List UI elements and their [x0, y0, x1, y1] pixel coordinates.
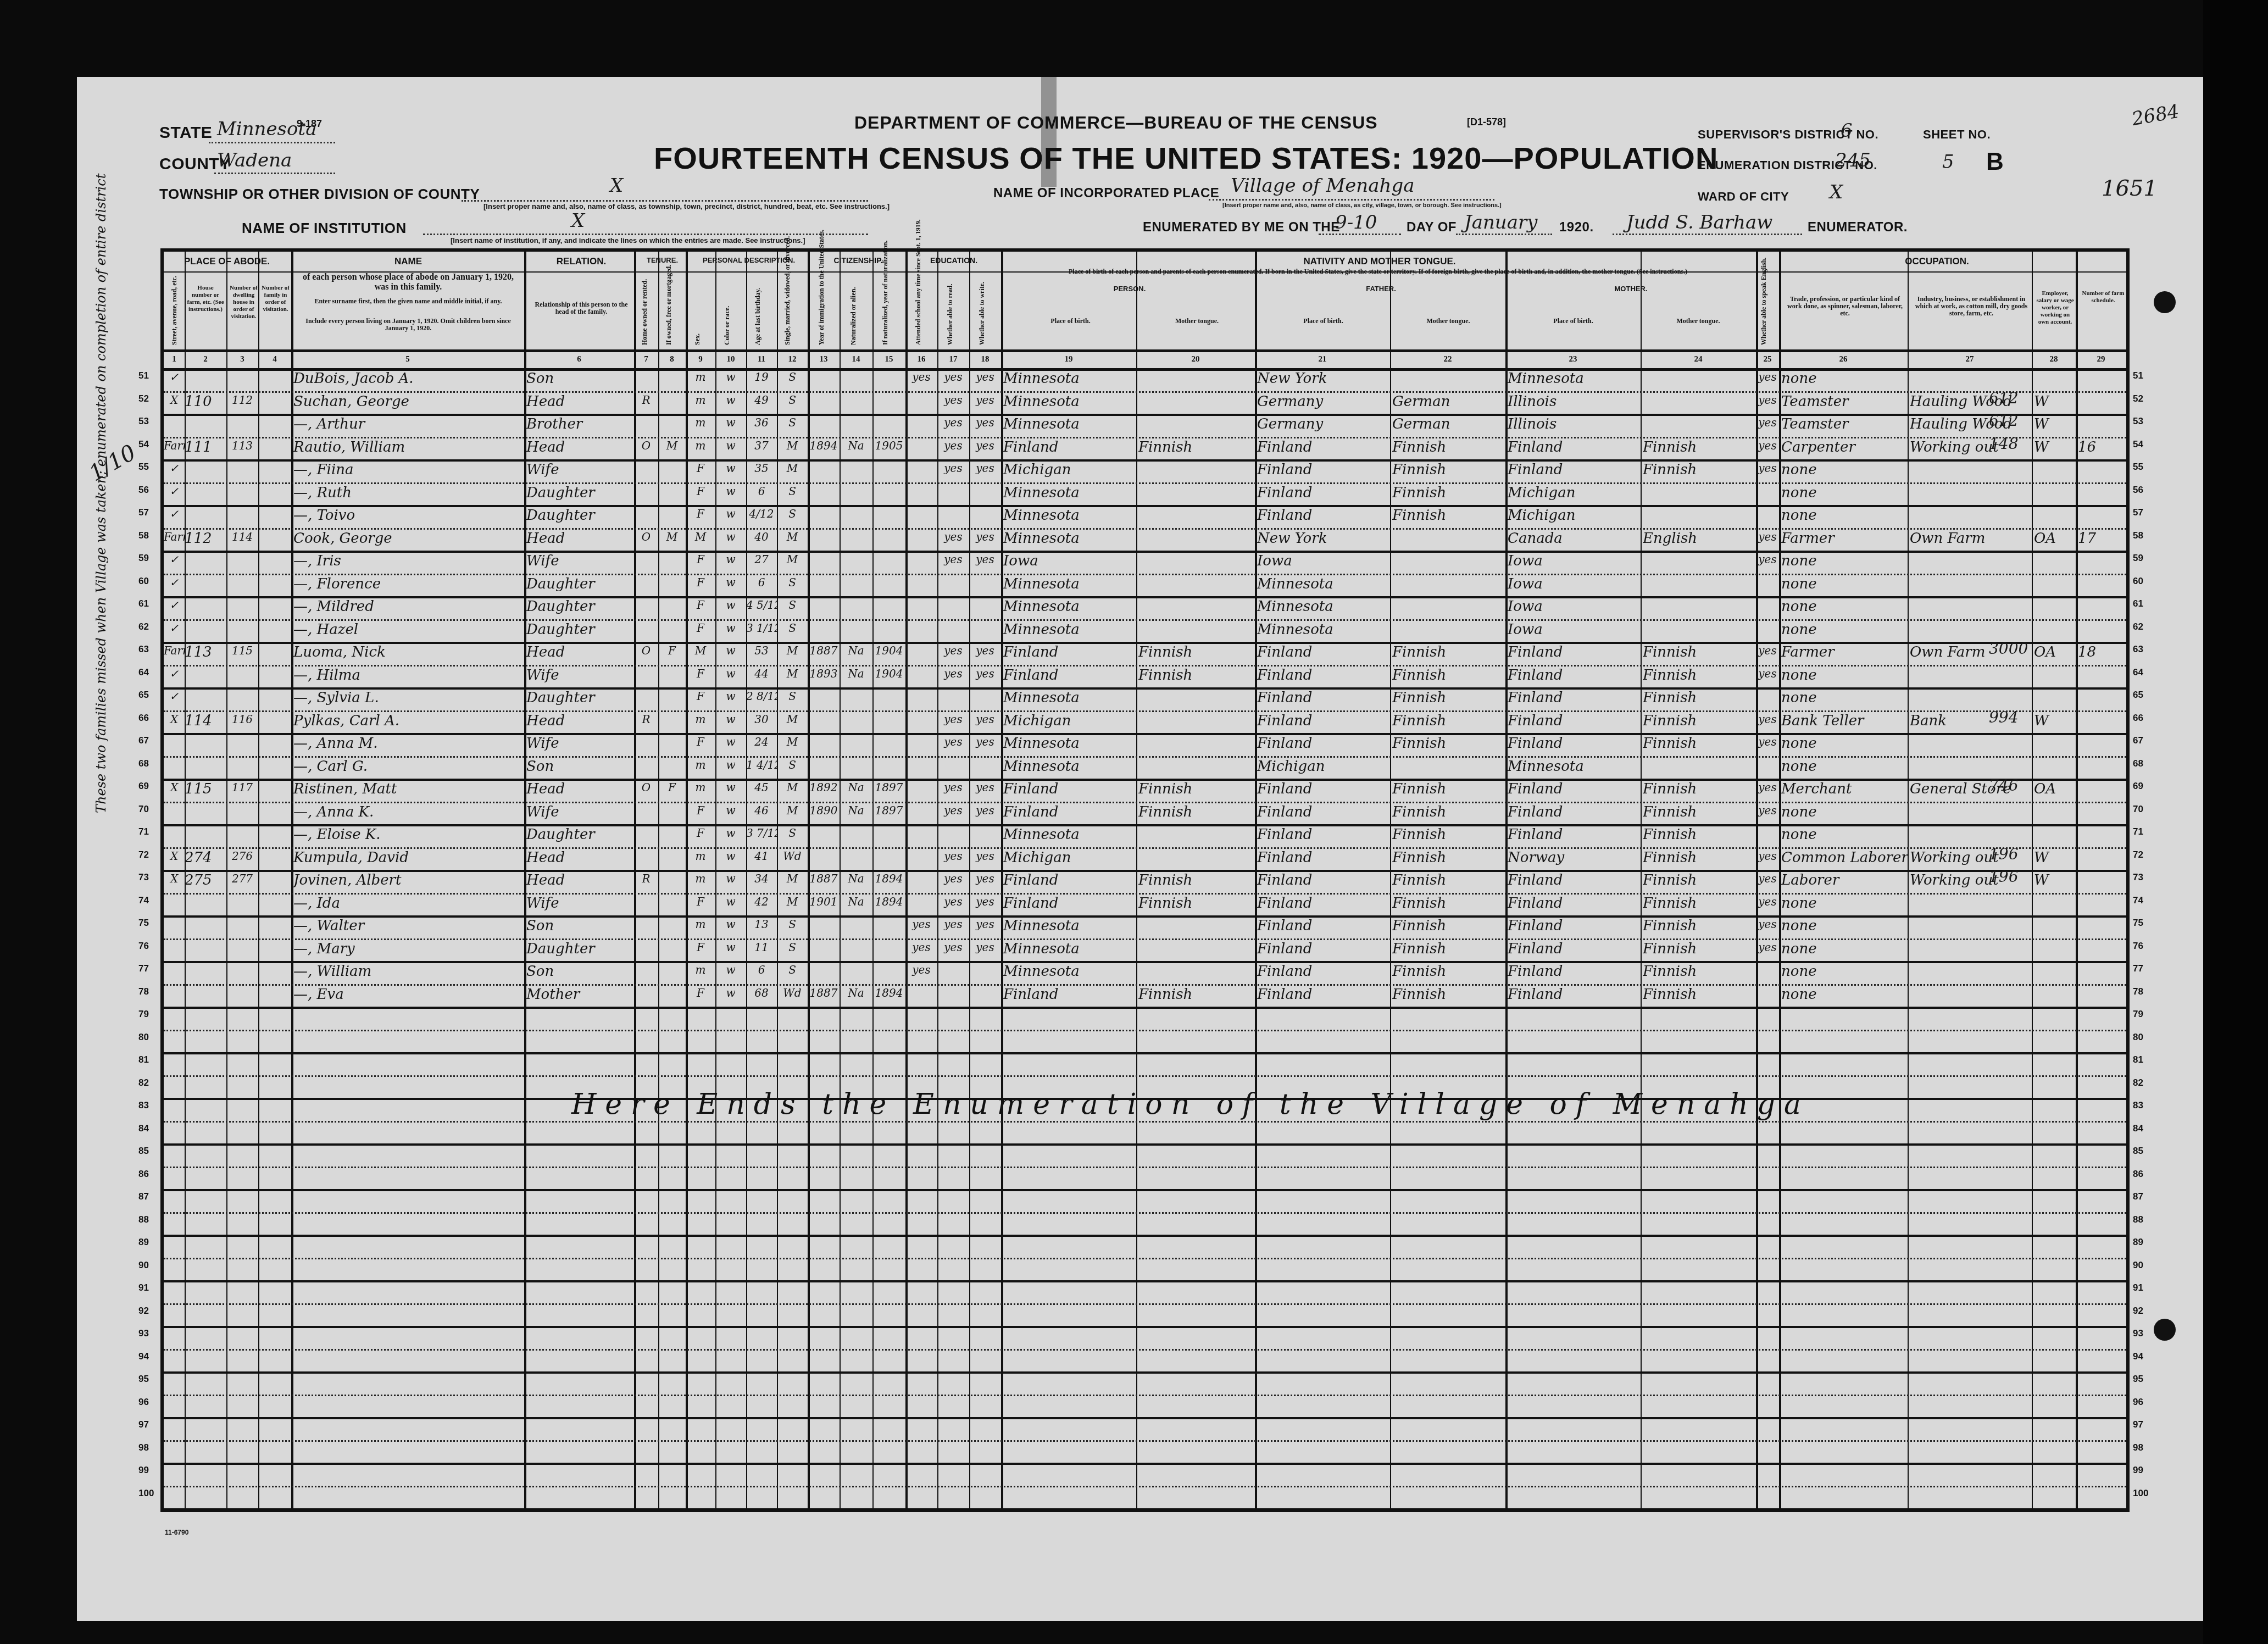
column-number: 2 [185, 355, 226, 364]
cell-trade: none [1781, 576, 1908, 592]
cell-pob: Minnesota [1003, 621, 1136, 638]
cell-nat: Na [840, 644, 872, 657]
cell-sex: F [686, 804, 715, 817]
cell-marital: S [777, 485, 808, 498]
col-divider [1641, 252, 1642, 1509]
cell-name: DuBois, Jacob A. [293, 370, 524, 387]
nativity-person: PERSON. [1003, 285, 1256, 293]
cell-f_tongue: Finnish [1392, 439, 1505, 456]
column-number: 7 [634, 355, 658, 364]
cell-name: Jovinen, Albert [293, 872, 524, 888]
row-divider [164, 1440, 2126, 1442]
line-number-left: 79 [138, 1009, 149, 1020]
cell-name: Kumpula, David [293, 849, 524, 866]
cell-race: w [715, 713, 746, 726]
column-number: 3 [226, 355, 258, 364]
cell-m_tongue: Finnish [1643, 849, 1756, 866]
cell-race: w [715, 781, 746, 794]
cell-name: —, Ida [293, 895, 524, 912]
line-number-right: 88 [2133, 1214, 2143, 1225]
cell-sex: m [686, 439, 715, 452]
cell-f_pob: Finland [1257, 826, 1390, 843]
cell-marital: M [777, 735, 808, 748]
marital-header: Single, married, widowed, or divorced. [783, 279, 792, 345]
cell-sex: m [686, 872, 715, 885]
township-field-line [462, 200, 868, 202]
cell-relation: Head [526, 439, 634, 456]
print-code: 11-6790 [165, 1529, 188, 1536]
column-number: 17 [937, 355, 969, 364]
cell-f_tongue: Finnish [1392, 485, 1505, 501]
cell-sex: F [686, 941, 715, 954]
cell-sex: m [686, 781, 715, 794]
cell-race: w [715, 576, 746, 589]
line-number-right: 86 [2133, 1169, 2143, 1180]
supervisor-district-value: 6 [1841, 120, 1853, 142]
col-divider [258, 252, 259, 1509]
line-number-right: 80 [2133, 1032, 2143, 1043]
section-personal: PERSONAL DESCRIPTION. [688, 256, 809, 264]
line-number-left: 71 [138, 826, 149, 837]
cell-name: —, Mildred [293, 598, 524, 615]
cell-house: 115 [185, 781, 226, 797]
cell-pob: Michigan [1003, 462, 1136, 478]
cell-imm: 1887 [808, 986, 840, 999]
cell-dwelling: 114 [226, 530, 258, 543]
dwelling-number-header: Number of dwelling house in order of vis… [229, 285, 259, 320]
column-number: 11 [746, 355, 777, 364]
row-divider [164, 1143, 2126, 1146]
sheet-number-label: SHEET NO. [1923, 127, 1991, 142]
nativity-father: FATHER. [1256, 285, 1506, 293]
cell-sex: F [686, 598, 715, 612]
cell-f_pob: Finland [1257, 439, 1390, 456]
column-number: 13 [808, 355, 840, 364]
cell-relation: Head [526, 872, 634, 888]
line-number-right: 53 [2133, 416, 2143, 427]
enumerated-day-line [1319, 234, 1401, 235]
cell-street: ✓ [164, 507, 185, 520]
line-number-right: 94 [2133, 1351, 2143, 1362]
cell-relation: Mother [526, 986, 634, 1003]
cell-pob: Minnesota [1003, 826, 1136, 843]
cell-race: w [715, 895, 746, 908]
cell-street: Farm [164, 439, 185, 452]
cell-class: W [2034, 872, 2076, 888]
cell-age: 45 [746, 781, 777, 794]
cell-read: yes [937, 393, 969, 407]
cell-marital: S [777, 393, 808, 407]
col-divider [1136, 252, 1137, 1509]
column-number: 27 [1908, 355, 2032, 364]
cell-pob: Minnesota [1003, 507, 1136, 524]
cell-dwelling: 117 [226, 781, 258, 794]
cell-english: yes [1756, 393, 1779, 407]
cell-f_pob: Finland [1257, 872, 1390, 888]
column-number: 25 [1756, 355, 1779, 364]
cell-marital: S [777, 621, 808, 635]
cell-name: —, Arthur [293, 416, 524, 432]
cell-trade: none [1781, 690, 1908, 706]
cell-house: 111 [185, 439, 226, 456]
col-divider [1390, 252, 1391, 1509]
cell-name: —, Anna K. [293, 804, 524, 820]
cell-name: —, Hilma [293, 667, 524, 684]
cell-tongue: Finnish [1138, 781, 1255, 797]
cell-trade: none [1781, 485, 1908, 501]
cell-pob: Finland [1003, 804, 1136, 820]
col-divider [905, 252, 908, 1509]
margin-value: 612 [1989, 389, 2018, 407]
cell-f_pob: Finland [1257, 644, 1390, 660]
cell-nat: Na [840, 872, 872, 885]
line-number-left: 73 [138, 872, 149, 883]
cell-race: w [715, 393, 746, 407]
cell-street: X [164, 781, 185, 794]
line-number-left: 51 [138, 370, 149, 381]
month-value: January [1464, 212, 1537, 234]
col-divider [1908, 252, 1909, 1509]
row-divider [164, 1280, 2126, 1282]
nativity-description: Place of birth of each person and parent… [1021, 268, 1735, 275]
column-number: 23 [1505, 355, 1641, 364]
enumeration-district-value: 245 [1835, 149, 1871, 171]
line-number-left: 62 [138, 621, 149, 632]
line-number-right: 52 [2133, 393, 2143, 404]
line-number-right: 66 [2133, 713, 2143, 724]
cell-write: yes [969, 781, 1001, 794]
cell-tongue: Finnish [1138, 872, 1255, 888]
cell-m_tongue: Finnish [1643, 667, 1756, 684]
cell-f_pob: Minnesota [1257, 598, 1390, 615]
line-number-left: 61 [138, 598, 149, 609]
cell-pob: Michigan [1003, 713, 1136, 729]
cell-english: yes [1756, 667, 1779, 680]
cell-english: yes [1756, 941, 1779, 954]
row-divider [164, 1189, 2126, 1191]
cell-natyr: 1904 [872, 644, 905, 657]
cell-f_tongue: Finnish [1392, 735, 1505, 752]
line-number-left: 86 [138, 1169, 149, 1180]
row-divider [164, 984, 2126, 986]
cell-age: 53 [746, 644, 777, 657]
cell-m_pob: Finland [1508, 781, 1641, 797]
cell-m_tongue: Finnish [1643, 735, 1756, 752]
township-value: X [610, 175, 623, 197]
cell-f_pob: Finland [1257, 507, 1390, 524]
row-divider [164, 1167, 2126, 1168]
margin-value: 196 [1989, 845, 2018, 863]
enumerated-label: ENUMERATED BY ME ON THE [1143, 220, 1340, 235]
line-number-left: 81 [138, 1054, 149, 1065]
cell-name: —, Eva [293, 986, 524, 1003]
sheet-side: B [1986, 148, 2004, 176]
cell-f_tongue: Finnish [1392, 895, 1505, 912]
cell-m_pob: Finland [1508, 690, 1641, 706]
mother-pob-header: Place of birth. [1506, 318, 1641, 325]
cell-pob: Minnesota [1003, 598, 1136, 615]
cell-pob: Minnesota [1003, 758, 1136, 775]
farm-schedule-header: Number of farm schedule. [2081, 290, 2125, 304]
cell-write: yes [969, 918, 1001, 931]
line-number-left: 64 [138, 667, 149, 678]
cell-f_tongue: Finnish [1392, 644, 1505, 660]
cell-race: w [715, 507, 746, 520]
cell-pob: Minnesota [1003, 576, 1136, 592]
line-number-left: 96 [138, 1397, 149, 1408]
cell-trade: none [1781, 553, 1908, 569]
cell-age: 68 [746, 986, 777, 999]
cell-age: 6 [746, 963, 777, 976]
row-divider [164, 391, 2126, 393]
cell-school: yes [905, 370, 937, 384]
cell-race: w [715, 644, 746, 657]
cell-marital: M [777, 804, 808, 817]
cell-f_pob: Finland [1257, 963, 1390, 980]
cell-imm: 1892 [808, 781, 840, 794]
cell-age: 6 [746, 576, 777, 589]
cell-m_pob: Iowa [1508, 621, 1641, 638]
row-divider [164, 1371, 2126, 1374]
cell-relation: Head [526, 713, 634, 729]
cell-trade: none [1781, 804, 1908, 820]
cell-name: —, Eloise K. [293, 826, 524, 843]
cell-english: yes [1756, 849, 1779, 863]
cell-age: 11 [746, 941, 777, 954]
cell-name: Suchan, George [293, 393, 524, 410]
cell-tongue: Finnish [1138, 986, 1255, 1003]
cell-marital: M [777, 439, 808, 452]
cell-mortgage: F [658, 644, 686, 657]
cell-class: OA [2034, 644, 2076, 660]
cell-pob: Minnesota [1003, 690, 1136, 706]
cell-relation: Wife [526, 735, 634, 752]
cell-marital: S [777, 598, 808, 612]
row-divider [164, 1075, 2126, 1077]
cell-f_tongue: Finnish [1392, 667, 1505, 684]
cell-race: w [715, 553, 746, 566]
day-of-label: DAY OF [1407, 220, 1457, 235]
cell-pob: Iowa [1003, 553, 1136, 569]
cell-school: yes [905, 963, 937, 976]
enumerator-line [1613, 234, 1802, 235]
speak-english-header: Whether able to speak English. [1760, 268, 1768, 345]
line-number-right: 87 [2133, 1191, 2143, 1202]
row-divider [164, 1395, 2126, 1396]
month-line [1456, 234, 1552, 235]
cell-tongue: Finnish [1138, 667, 1255, 684]
cell-sex: F [686, 621, 715, 635]
row-divider [164, 1052, 2126, 1054]
cell-m_tongue: Finnish [1643, 895, 1756, 912]
industry-header: Industry, business, or establishment in … [1911, 296, 2032, 317]
cell-race: w [715, 598, 746, 612]
cell-race: w [715, 963, 746, 976]
cell-natyr: 1904 [872, 667, 905, 680]
family-number-header: Number of family in order of visitation. [260, 285, 291, 313]
punch-hole [2154, 291, 2176, 313]
cell-trade: Merchant [1781, 781, 1908, 797]
cell-street: ✓ [164, 690, 185, 703]
section-relation: RELATION. [526, 256, 636, 267]
line-number-left: 97 [138, 1419, 149, 1430]
cell-f_tongue: Finnish [1392, 963, 1505, 980]
cell-race: w [715, 735, 746, 748]
cell-marital: S [777, 576, 808, 589]
line-number-left: 65 [138, 690, 149, 701]
column-number: 24 [1641, 355, 1756, 364]
row-divider [164, 482, 2126, 484]
cell-english: yes [1756, 462, 1779, 475]
attended-school-header: Attended school any time since Sept. 1, … [914, 279, 922, 345]
cell-pob: Minnesota [1003, 485, 1136, 501]
line-number-right: 54 [2133, 439, 2143, 450]
immigration-year-header: Year of immigration to the United States… [818, 279, 826, 345]
line-number-left: 56 [138, 485, 149, 496]
line-number-left: 68 [138, 758, 149, 769]
cell-m_tongue: Finnish [1643, 986, 1756, 1003]
cell-owned: R [634, 713, 658, 726]
cell-trade: none [1781, 735, 1908, 752]
cell-english: yes [1756, 553, 1779, 566]
margin-note: These two families missed when Village w… [93, 174, 109, 813]
cell-imm: 1890 [808, 804, 840, 817]
cell-race: w [715, 849, 746, 863]
line-number-right: 90 [2133, 1260, 2143, 1271]
cell-age: 40 [746, 530, 777, 543]
cell-m_pob: Finland [1508, 713, 1641, 729]
cell-name: —, Sylvia L. [293, 690, 524, 706]
cell-nat: Na [840, 895, 872, 908]
cell-relation: Wife [526, 667, 634, 684]
cell-marital: S [777, 416, 808, 429]
line-number-right: 62 [2133, 621, 2143, 632]
cell-pob: Michigan [1003, 849, 1136, 866]
line-number-right: 58 [2133, 530, 2143, 541]
line-number-right: 92 [2133, 1306, 2143, 1317]
column-number: 16 [905, 355, 937, 364]
enumerator-label: ENUMERATOR. [1808, 220, 1908, 235]
cell-pob: Minnesota [1003, 918, 1136, 934]
cell-f_tongue: Finnish [1392, 781, 1505, 797]
cell-sex: F [686, 576, 715, 589]
line-number-left: 84 [138, 1123, 149, 1134]
cell-farm: 16 [2078, 439, 2126, 456]
cell-sex: m [686, 370, 715, 384]
column-number: 10 [715, 355, 746, 364]
column-number: 6 [524, 355, 634, 364]
cell-read: yes [937, 895, 969, 908]
cell-f_pob: Finland [1257, 849, 1390, 866]
cell-m_tongue: Finnish [1643, 781, 1756, 797]
line-number-left: 88 [138, 1214, 149, 1225]
line-number-right: 74 [2133, 895, 2143, 906]
column-number: 20 [1136, 355, 1255, 364]
cell-marital: S [777, 758, 808, 771]
line-number-left: 57 [138, 507, 149, 518]
line-number-right: 82 [2133, 1078, 2143, 1088]
cell-pob: Minnesota [1003, 370, 1136, 387]
cell-trade: Bank Teller [1781, 713, 1908, 729]
cell-age: 36 [746, 416, 777, 429]
cell-m_pob: Michigan [1508, 507, 1641, 524]
cell-marital: M [777, 553, 808, 566]
cell-pob: Minnesota [1003, 941, 1136, 957]
line-number-left: 83 [138, 1100, 149, 1111]
cell-sex: F [686, 553, 715, 566]
cell-m_pob: Finland [1508, 895, 1641, 912]
cell-read: yes [937, 941, 969, 954]
cell-f_tongue: Finnish [1392, 872, 1505, 888]
cell-owned: O [634, 530, 658, 543]
line-number-left: 69 [138, 781, 149, 792]
cell-age: 2 8/12 [746, 690, 777, 703]
cell-f_pob: Finland [1257, 462, 1390, 478]
street-header: Street, avenue, road, etc. [170, 285, 179, 345]
cell-age: 30 [746, 713, 777, 726]
line-number-right: 64 [2133, 667, 2143, 678]
cell-f_tongue: Finnish [1392, 507, 1505, 524]
cell-relation: Daughter [526, 621, 634, 638]
row-divider [164, 1486, 2126, 1487]
line-number-right: 78 [2133, 986, 2143, 997]
cell-trade: none [1781, 598, 1908, 615]
cell-trade: Laborer [1781, 872, 1908, 888]
cell-race: w [715, 804, 746, 817]
cell-f_pob: Finland [1257, 804, 1390, 820]
cell-relation: Wife [526, 804, 634, 820]
cell-natyr: 1897 [872, 781, 905, 794]
sheet-number-value: 5 [1942, 151, 1954, 173]
cell-write: yes [969, 872, 1001, 885]
cell-english: yes [1756, 644, 1779, 657]
cell-pob: Finland [1003, 781, 1136, 797]
cell-m_tongue: Finnish [1643, 644, 1756, 660]
cell-marital: S [777, 370, 808, 384]
cell-f_tongue: German [1392, 393, 1505, 410]
cell-dwelling: 113 [226, 439, 258, 452]
cell-write: yes [969, 439, 1001, 452]
cell-m_tongue: Finnish [1643, 690, 1756, 706]
cell-english: yes [1756, 713, 1779, 726]
line-number-right: 98 [2133, 1442, 2143, 1453]
line-number-right: 76 [2133, 941, 2143, 952]
row-divider [164, 756, 2126, 758]
name-description: of each person whose place of abode on J… [298, 273, 518, 292]
cell-f_tongue: Finnish [1392, 918, 1505, 934]
line-number-right: 51 [2133, 370, 2143, 381]
age-header: Age at last birthday. [754, 279, 762, 345]
line-number-left: 93 [138, 1328, 149, 1339]
cell-trade: Teamster [1781, 416, 1908, 432]
cell-trade: none [1781, 621, 1908, 638]
row-divider [164, 1212, 2126, 1214]
cell-m_pob: Finland [1508, 804, 1641, 820]
line-number-right: 71 [2133, 826, 2143, 837]
cell-street: ✓ [164, 462, 185, 475]
cell-trade: none [1781, 918, 1908, 934]
line-number-left: 87 [138, 1191, 149, 1202]
cell-m_pob: Finland [1508, 918, 1641, 934]
cell-marital: S [777, 918, 808, 931]
cell-age: 4 5/12 [746, 598, 777, 612]
cell-natyr: 1897 [872, 804, 905, 817]
form-number: 9-187 [297, 118, 322, 130]
column-number: 22 [1390, 355, 1505, 364]
cell-relation: Daughter [526, 507, 634, 524]
header-rule [164, 349, 2126, 352]
cell-m_tongue: Finnish [1643, 804, 1756, 820]
